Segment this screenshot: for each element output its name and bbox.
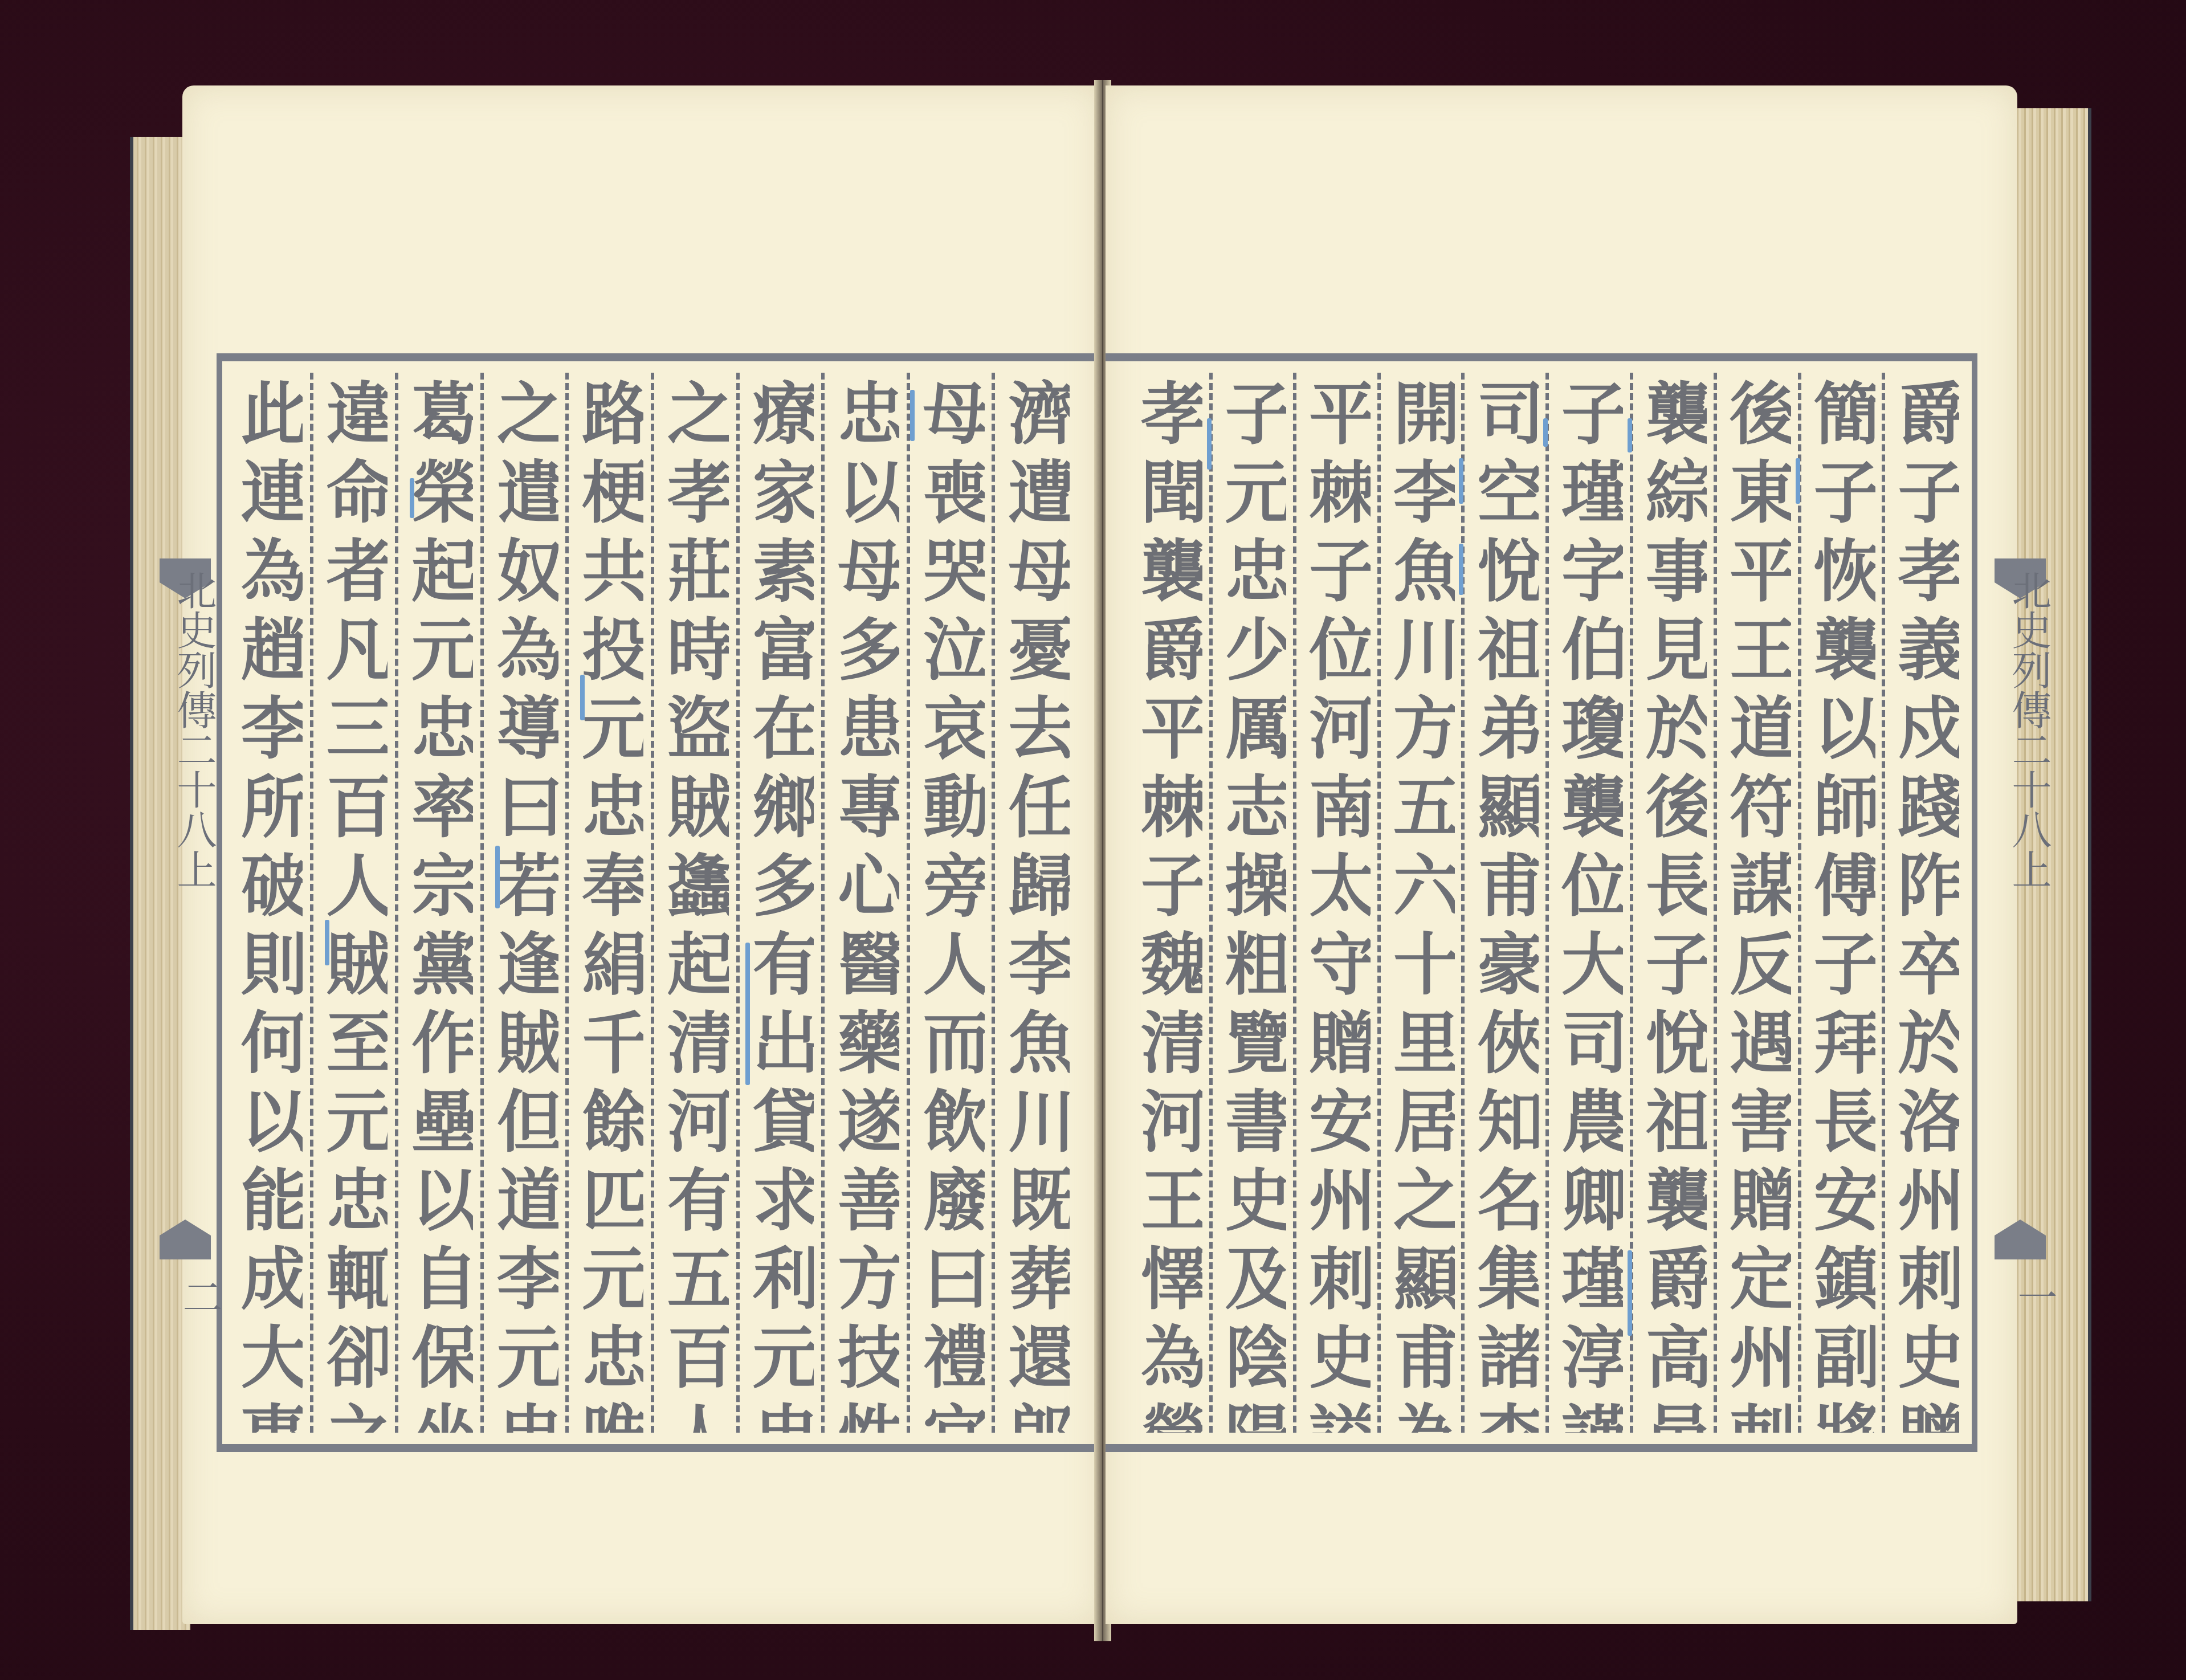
text-column: 開李魚川方五六十里居之顯甫為其宗主以軍功賜爵 [1377,373,1462,1433]
column-text: 葛榮起元忠率宗黨作壘以自保坐於大槲樹下前後斬 [406,378,473,1433]
left-print-frame: 濟遭母憂去任歸李魚川既葬還郎以與之任 母喪哭泣哀動旁人而飲廢曰禮宜為義初元 忠以… [217,353,1100,1452]
right-text-columns: 爵子孝義戍踐阼卒於洛州刺史贈定州刺史鉅鹿公謚曰 簡子恢襲以師傅子拜長安鎮副將進爵… [1128,373,1966,1433]
fishtail-bottom-icon [160,1220,211,1259]
text-column: 簡子恢襲以師傅子拜長安鎮副將進爵為侯假鉅鹿公 [1798,373,1882,1433]
column-text: 襲綜事見於後長子悅祖襲爵高邑侯例降為伯卒悅祖 [1639,378,1707,1433]
column-text: 子元忠少厲志操粗覽書史及陰陽術數有巧思居喪以 [1219,378,1286,1433]
blue-annotation-mark [410,478,414,518]
blue-annotation-mark [325,920,329,965]
column-text: 忠以母多患專心醫藥遂善方技性仁恕無貴賤皆為救 [832,378,899,1433]
text-column: 之遣奴為導曰若逢賊但道李元忠遣如言賊皆舍避及 [480,373,566,1433]
right-print-frame: 爵子孝義戍踐阼卒於洛州刺史贈定州刺史鉅鹿公謚曰 簡子恢襲以師傅子拜長安鎮副將進爵… [1106,353,1977,1452]
text-column: 母喪哭泣哀動旁人而飲廢曰禮宜為義初元 [907,373,992,1433]
column-text: 之遣奴為導曰若逢賊但道李元忠遣如言賊皆舍避及 [491,378,558,1433]
column-text: 孝聞襲爵平棘子魏清河王懌為營明堂大都督引為主 [1135,378,1202,1433]
text-column: 濟遭母憂去任歸李魚川既葬還郎以與之任 [992,373,1077,1433]
right-page: 爵子孝義戍踐阼卒於洛州刺史贈定州刺史鉅鹿公謚曰 簡子恢襲以師傅子拜長安鎮副將進爵… [1106,85,2017,1624]
column-text: 司空悅祖弟顯甫豪俠知名集諸李數千家於殷州西山 [1471,378,1539,1433]
text-column: 爵子孝義戍踐阼卒於洛州刺史贈定州刺史鉅鹿公謚曰 [1882,373,1966,1433]
column-text: 平棘子位河南太守贈安州刺史謚曰安 [1303,378,1371,1433]
open-book: 濟遭母憂去任歸李魚川既葬還郎以與之任 母喪哭泣哀動旁人而飲廢曰禮宜為義初元 忠以… [125,74,2091,1647]
fold-title: 北史列傳二十八上 [2000,570,2058,889]
left-fold-margin: 北史列傳二十八上 二 [154,353,217,1436]
text-column: 平棘子位河南太守贈安州刺史謚曰安 [1293,373,1377,1433]
text-column: 忠以母多患專心醫藥遂善方技性仁恕無貴賤皆為救 [821,373,907,1433]
text-column: 葛榮起元忠率宗黨作壘以自保坐於大槲樹下前後斬 [395,373,480,1433]
column-text: 此連為趙李所破則何以能成大事乃悉衆攻圍執元忠 [235,378,303,1433]
right-fold-margin: 北史列傳二十八上 一 [1989,353,2052,1436]
column-text: 路梗共投元忠奉絹千餘匹元忠唯受一匹殺五牛以食 [576,378,643,1433]
text-column: 療家素富在鄉多有出貸求利元忠焚契免責鄉人甚敬 [736,373,822,1433]
left-text-columns: 濟遭母憂去任歸李魚川既葬還郎以與之任 母喪哭泣哀動旁人而飲廢曰禮宜為義初元 忠以… [228,373,1077,1433]
blue-annotation-mark [910,390,915,441]
text-column: 後東平王道符謀反遇害贈定州刺史鉅鹿公謚曰貞恢 [1714,373,1798,1433]
fold-title: 北史列傳二十八上 [165,570,223,889]
text-column: 路梗共投元忠奉絹千餘匹元忠唯受一匹殺五牛以食 [565,373,651,1433]
column-text: 後東平王道符謀反遇害贈定州刺史鉅鹿公謚曰貞恢 [1724,378,1791,1433]
column-text: 之孝莊時盜賊蠭起清河有五百人西戍還經南趙郡以 [662,378,729,1433]
column-text: 開李魚川方五六十里居之顯甫為其宗主以軍功賜爵 [1388,378,1455,1433]
text-column: 襲綜事見於後長子悅祖襲爵高邑侯例降為伯卒悅祖 [1630,373,1714,1433]
column-text: 爵子孝義戍踐阼卒於洛州刺史贈定州刺史鉅鹿公謚曰 [1892,378,1959,1433]
text-column: 孝聞襲爵平棘子魏清河王懌為營明堂大都督引為主 [1128,373,1209,1433]
blue-annotation-mark [580,675,585,720]
column-text: 簡子恢襲以師傅子拜長安鎮副將進爵為侯假鉅鹿公 [1808,378,1875,1433]
left-page: 濟遭母憂去任歸李魚川既葬還郎以與之任 母喪哭泣哀動旁人而飲廢曰禮宜為義初元 忠以… [182,85,1100,1624]
text-column: 之孝莊時盜賊蠭起清河有五百人西戍還經南趙郡以 [651,373,736,1433]
text-column: 此連為趙李所破則何以能成大事乃悉衆攻圍執元忠 [228,373,310,1433]
text-column: 司空悅祖弟顯甫豪俠知名集諸李數千家於殷州西山 [1461,373,1545,1433]
leaf-number: 一 [2006,1277,2063,1316]
column-text: 濟遭母憂去任歸李魚川既葬還郎以與之任 [1002,378,1070,1433]
text-column: 違命者凡三百人賊至元忠輒卻之葛榮曰我自中山至 [310,373,395,1433]
leaf-number: 二 [171,1277,229,1316]
fishtail-bottom-icon [1995,1220,2046,1259]
text-column: 子瑾字伯瓊襲位大司農卿瑾淳謹好學老而不倦卒贈 [1545,373,1630,1433]
column-text: 療家素富在鄉多有出貸求利元忠焚契免責鄉人甚敬 [747,378,814,1433]
blue-annotation-mark [745,943,750,1085]
text-column: 子元忠少厲志操粗覽書史及陰陽術數有巧思居喪以 [1209,373,1294,1433]
column-text: 母喪哭泣哀動旁人而飲廢曰禮宜為義初元 [917,378,985,1433]
column-text: 違命者凡三百人賊至元忠輒卻之葛榮曰我自中山至 [320,378,388,1433]
column-text: 子瑾字伯瓊襲位大司農卿瑾淳謹好學老而不倦卒贈 [1556,378,1623,1433]
blue-annotation-mark [495,846,500,908]
